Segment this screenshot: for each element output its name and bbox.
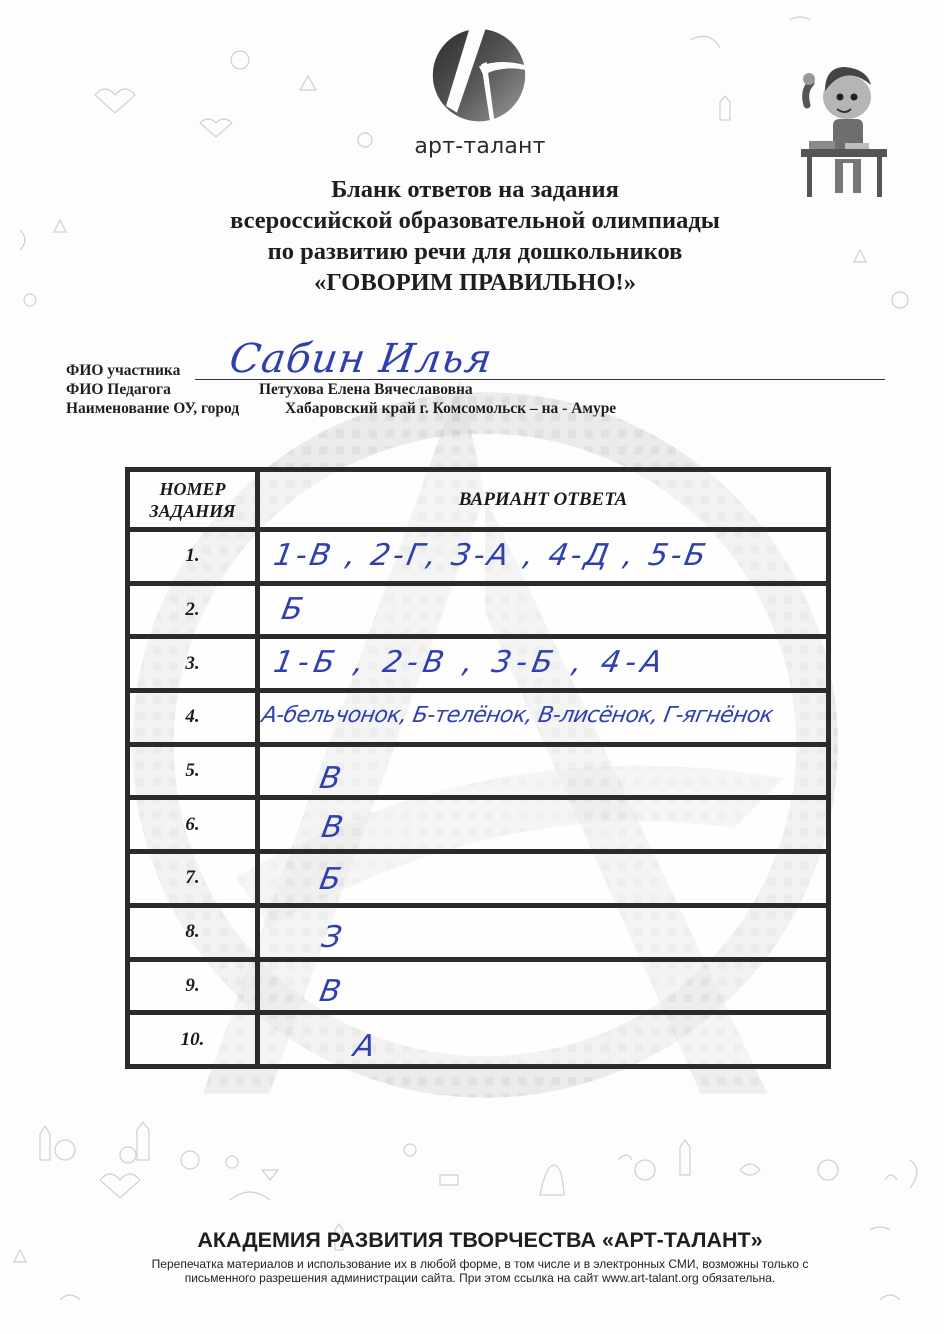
school-row: Наименование ОУ, город Хабаровский край … <box>66 400 239 419</box>
table-row: 2. Б <box>130 581 826 635</box>
table-row: 4. А-бельчонок, Б-телёнок, В-лисёнок, Г-… <box>130 688 826 742</box>
answer-cell[interactable]: 1-Б , 2-В , 3-Б , 4-А <box>260 639 826 688</box>
footer-note-line-2: письменного разрешения администрации сай… <box>90 1271 870 1285</box>
participant-row: ФИО участника <box>66 362 239 381</box>
participant-info: ФИО участника ФИО Педагога Петухова Елен… <box>66 362 239 419</box>
table-row: 1. 1-В , 2-Г, 3-А , 4-Д , 5-Б <box>130 527 826 581</box>
header-task-number-line-2: ЗАДАНИЯ <box>149 500 235 522</box>
answer-cell[interactable]: В <box>260 747 826 796</box>
title-line-2: всероссийской образовательной олимпиады <box>140 205 810 236</box>
answer-cell[interactable]: А <box>260 1015 826 1064</box>
task-number: 1. <box>130 532 260 581</box>
answer-text: В <box>317 974 344 1009</box>
answer-text: З <box>319 920 344 955</box>
school-value: Хабаровский край г. Комсомольск – на - А… <box>285 400 616 418</box>
table-row: 5. В <box>130 742 826 796</box>
task-number: 9. <box>130 962 260 1011</box>
table-row: 3. 1-Б , 2-В , 3-Б , 4-А <box>130 634 826 688</box>
answer-cell[interactable]: З <box>260 908 826 957</box>
title-line-3: по развитию речи для дошкольников <box>140 236 810 267</box>
teacher-row: ФИО Педагога Петухова Елена Вячеславовна <box>66 381 239 400</box>
participant-name-value[interactable]: Сабин Илья <box>227 336 496 382</box>
answer-cell[interactable]: В <box>260 962 826 1011</box>
answer-text: 1-Б , 2-В , 3-Б , 4-А <box>271 645 670 680</box>
table-row: 10. А <box>130 1010 826 1064</box>
header-answer-variant: ВАРИАНТ ОТВЕТА <box>260 472 826 527</box>
task-number: 8. <box>130 908 260 957</box>
table-row: 9. В <box>130 957 826 1011</box>
answer-cell[interactable]: А-бельчонок, Б-телёнок, В-лисёнок, Г-ягн… <box>260 693 826 742</box>
art-talant-logo-icon <box>424 18 534 128</box>
task-number: 2. <box>130 586 260 635</box>
table-header: НОМЕР ЗАДАНИЯ ВАРИАНТ ОТВЕТА <box>130 472 826 527</box>
task-number: 7. <box>130 854 260 903</box>
answer-text: 1-В , 2-Г, 3-А , 4-Д , 5-Б <box>271 538 711 573</box>
title-line-4: «ГОВОРИМ ПРАВИЛЬНО!» <box>140 267 810 298</box>
answers-table: НОМЕР ЗАДАНИЯ ВАРИАНТ ОТВЕТА 1. 1-В , 2-… <box>125 467 831 1069</box>
footer-copyright-note: Перепечатка материалов и использование и… <box>90 1257 870 1285</box>
answer-text: А <box>351 1029 378 1064</box>
answer-text: Б <box>317 862 344 897</box>
brand-name: арт-талант <box>380 134 580 159</box>
task-number: 10. <box>130 1015 260 1064</box>
answer-cell[interactable]: Б <box>260 854 826 903</box>
task-number: 4. <box>130 693 260 742</box>
teacher-value: Петухова Елена Вячеславовна <box>259 381 473 399</box>
header-task-number: НОМЕР ЗАДАНИЯ <box>130 472 260 527</box>
answer-cell[interactable]: 1-В , 2-Г, 3-А , 4-Д , 5-Б <box>260 532 826 581</box>
participant-underline <box>195 379 885 380</box>
table-row: 8. З <box>130 903 826 957</box>
header-task-number-line-1: НОМЕР <box>149 478 235 500</box>
form-title: Бланк ответов на задания всероссийской о… <box>140 174 810 298</box>
table-row: 7. Б <box>130 849 826 903</box>
title-line-1: Бланк ответов на задания <box>140 174 810 205</box>
task-number: 3. <box>130 639 260 688</box>
school-label: Наименование ОУ, город <box>66 400 239 418</box>
answer-cell[interactable]: Б <box>260 586 826 635</box>
answer-text: Б <box>279 592 306 627</box>
table-row: 6. В <box>130 795 826 849</box>
participant-label: ФИО участника <box>66 362 180 380</box>
task-number: 6. <box>130 800 260 849</box>
answer-text: В <box>319 810 346 845</box>
answer-cell[interactable]: В <box>260 800 826 849</box>
footer-academy-title: АКАДЕМИЯ РАЗВИТИЯ ТВОРЧЕСТВА «АРТ-ТАЛАНТ… <box>90 1228 870 1253</box>
task-number: 5. <box>130 747 260 796</box>
answer-text: А-бельчонок, Б-телёнок, В-лисёнок, Г-ягн… <box>260 703 775 728</box>
teacher-label: ФИО Педагога <box>66 381 171 399</box>
answer-text: В <box>317 761 344 796</box>
footer-note-line-1: Перепечатка материалов и использование и… <box>90 1257 870 1271</box>
